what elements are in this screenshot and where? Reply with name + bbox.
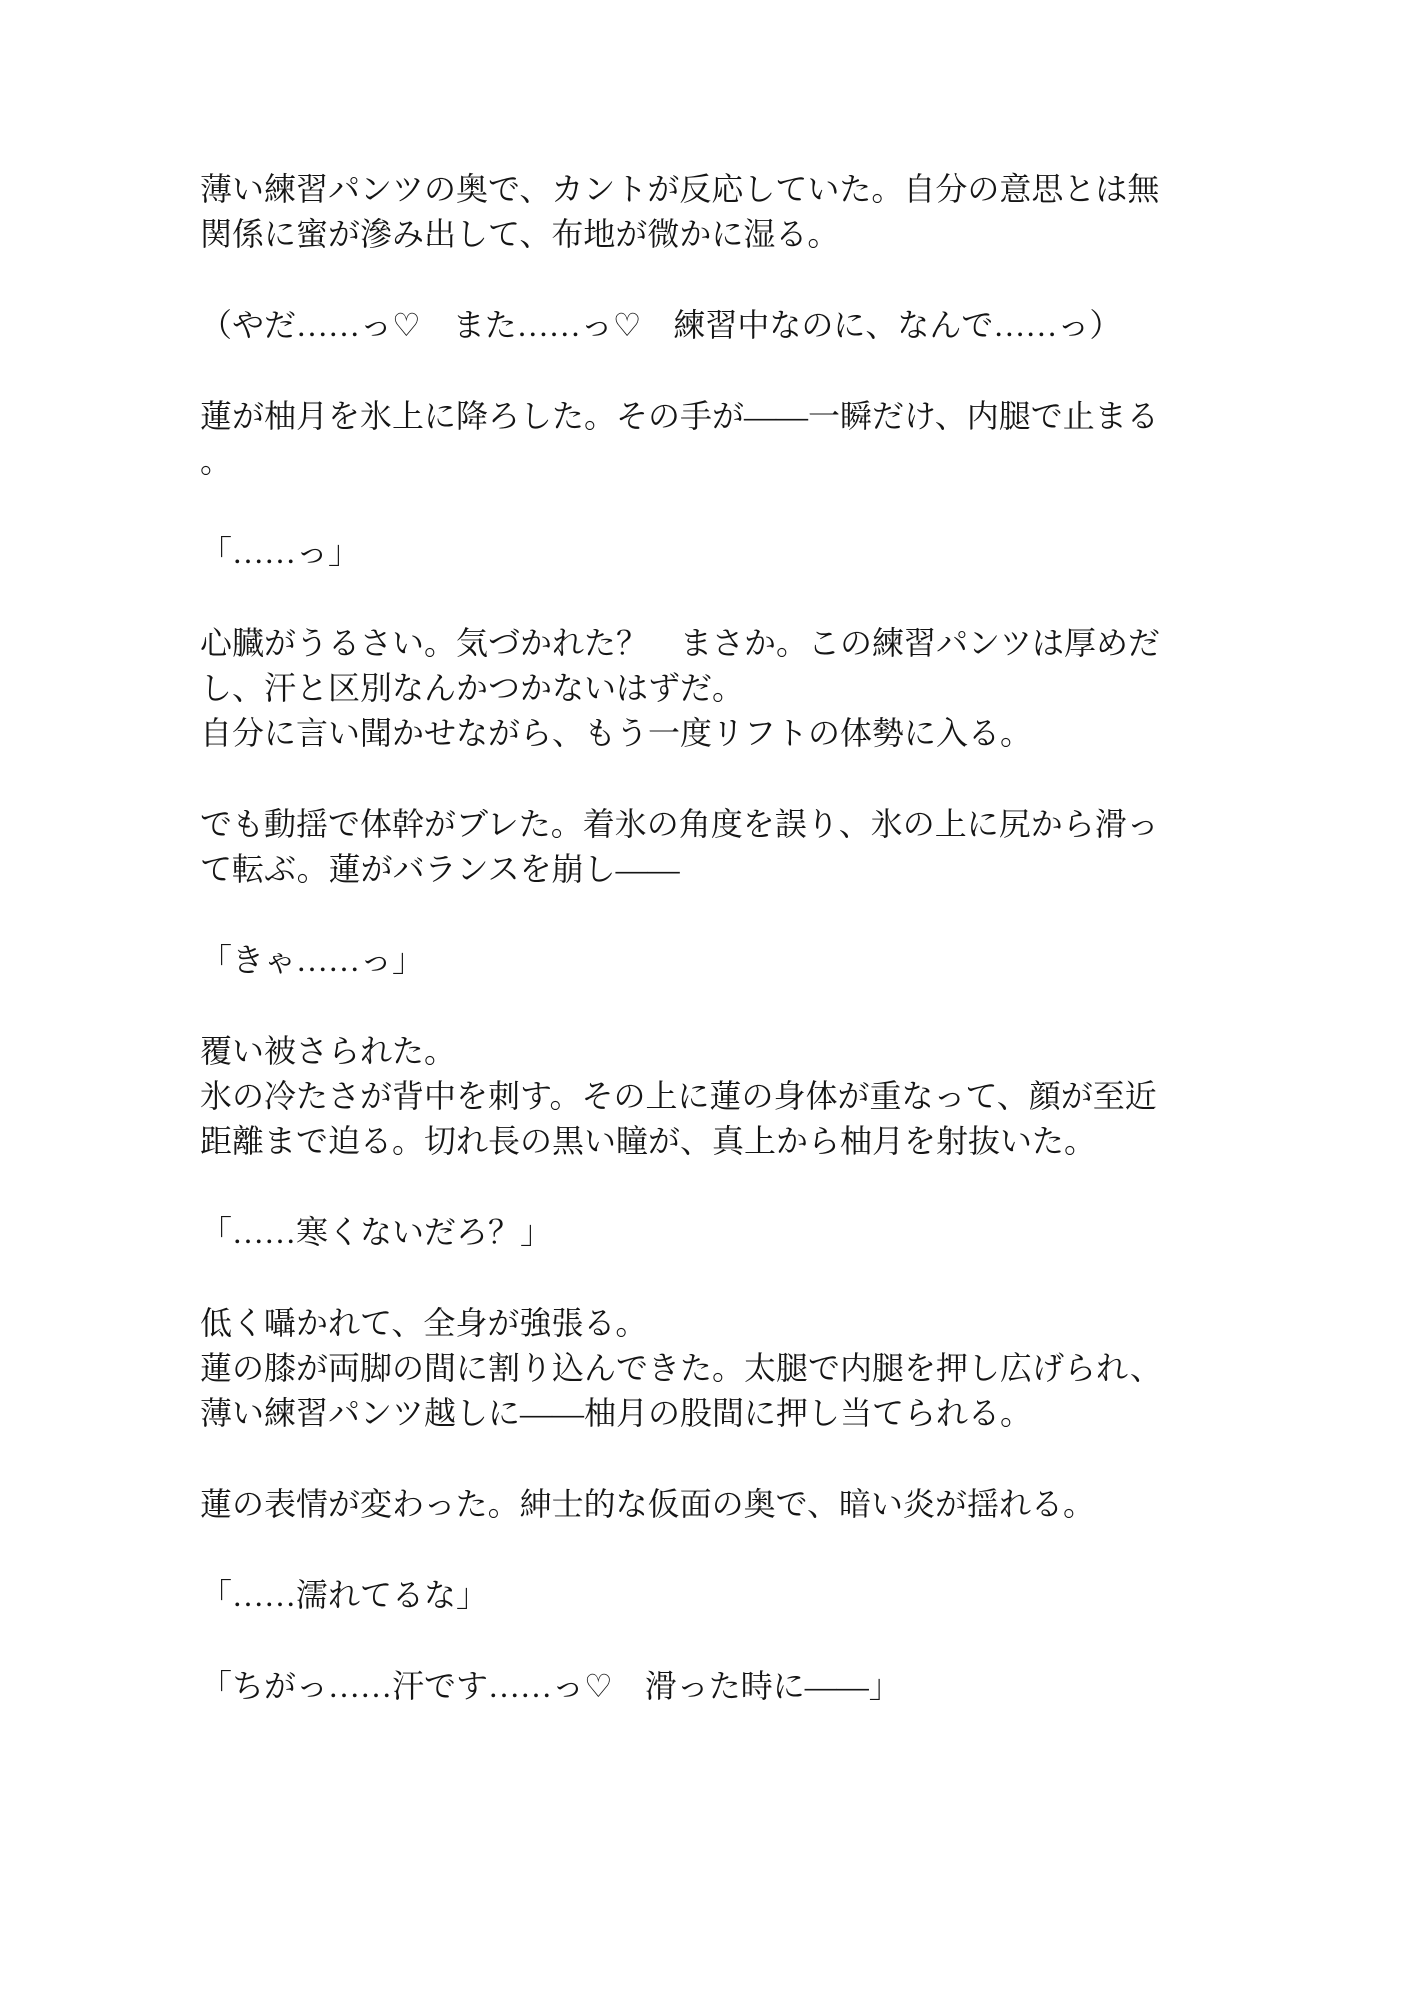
text-line: 「きゃ……っ」 — [200, 938, 1205, 983]
paragraph: 「ちがっ……汗です……っ♡ 滑った時に――」 — [200, 1664, 1205, 1709]
paragraph: 心臓がうるさい。気づかれた？ まさか。この練習パンツは厚めだし、汗と区別なんかつ… — [200, 621, 1205, 756]
text-line: 薄い練習パンツの奥で、カントが反応していた。自分の意思とは無 — [200, 167, 1205, 212]
text-line: 氷の冷たさが背中を刺す。その上に蓮の身体が重なって、顔が至近 — [200, 1074, 1205, 1119]
text-line: 蓮が柚月を氷上に降ろした。その手が――一瞬だけ、内腿で止まる — [200, 394, 1205, 439]
text-line: し、汗と区別なんかつかないはずだ。 — [200, 666, 1205, 711]
paragraph: 覆い被さられた。氷の冷たさが背中を刺す。その上に蓮の身体が重なって、顔が至近距離… — [200, 1029, 1205, 1164]
paragraph: でも動揺で体幹がブレた。着氷の角度を誤り、氷の上に尻から滑って転ぶ。蓮がバランス… — [200, 802, 1205, 892]
text-line: 自分に言い聞かせながら、もう一度リフトの体勢に入る。 — [200, 711, 1205, 756]
text-line: 低く囁かれて、全身が強張る。 — [200, 1301, 1205, 1346]
text-line: でも動揺で体幹がブレた。着氷の角度を誤り、氷の上に尻から滑っ — [200, 802, 1205, 847]
text-line: （やだ……っ♡ また……っ♡ 練習中なのに、なんで……っ） — [200, 303, 1205, 348]
text-line: 覆い被さられた。 — [200, 1029, 1205, 1074]
text-line: 薄い練習パンツ越しに――柚月の股間に押し当てられる。 — [200, 1391, 1205, 1436]
text-line: 心臓がうるさい。気づかれた？ まさか。この練習パンツは厚めだ — [200, 621, 1205, 666]
text-line: 関係に蜜が滲み出して、布地が微かに湿る。 — [200, 212, 1205, 257]
text-line: 「……寒くないだろ？」 — [200, 1210, 1205, 1255]
text-line: 蓮の表情が変わった。紳士的な仮面の奥で、暗い炎が揺れる。 — [200, 1482, 1205, 1527]
paragraph: 薄い練習パンツの奥で、カントが反応していた。自分の意思とは無関係に蜜が滲み出して… — [200, 167, 1205, 257]
paragraph: 「……濡れてるな」 — [200, 1573, 1205, 1618]
paragraph: 低く囁かれて、全身が強張る。蓮の膝が両脚の間に割り込んできた。太腿で内腿を押し広… — [200, 1301, 1205, 1436]
text-line: 。 — [200, 439, 1205, 484]
paragraph: 「……寒くないだろ？」 — [200, 1210, 1205, 1255]
paragraph: 「きゃ……っ」 — [200, 938, 1205, 983]
paragraph: 「……っ」 — [200, 530, 1205, 575]
text-line: 距離まで迫る。切れ長の黒い瞳が、真上から柚月を射抜いた。 — [200, 1119, 1205, 1164]
text-line: 「ちがっ……汗です……っ♡ 滑った時に――」 — [200, 1664, 1205, 1709]
text-page: 薄い練習パンツの奥で、カントが反応していた。自分の意思とは無関係に蜜が滲み出して… — [200, 167, 1205, 1709]
text-line: 蓮の膝が両脚の間に割り込んできた。太腿で内腿を押し広げられ、 — [200, 1346, 1205, 1391]
paragraph: （やだ……っ♡ また……っ♡ 練習中なのに、なんで……っ） — [200, 303, 1205, 348]
text-line: 「……濡れてるな」 — [200, 1573, 1205, 1618]
paragraph: 蓮の表情が変わった。紳士的な仮面の奥で、暗い炎が揺れる。 — [200, 1482, 1205, 1527]
text-line: て転ぶ。蓮がバランスを崩し―― — [200, 847, 1205, 892]
paragraph: 蓮が柚月を氷上に降ろした。その手が――一瞬だけ、内腿で止まる。 — [200, 394, 1205, 484]
text-line: 「……っ」 — [200, 530, 1205, 575]
